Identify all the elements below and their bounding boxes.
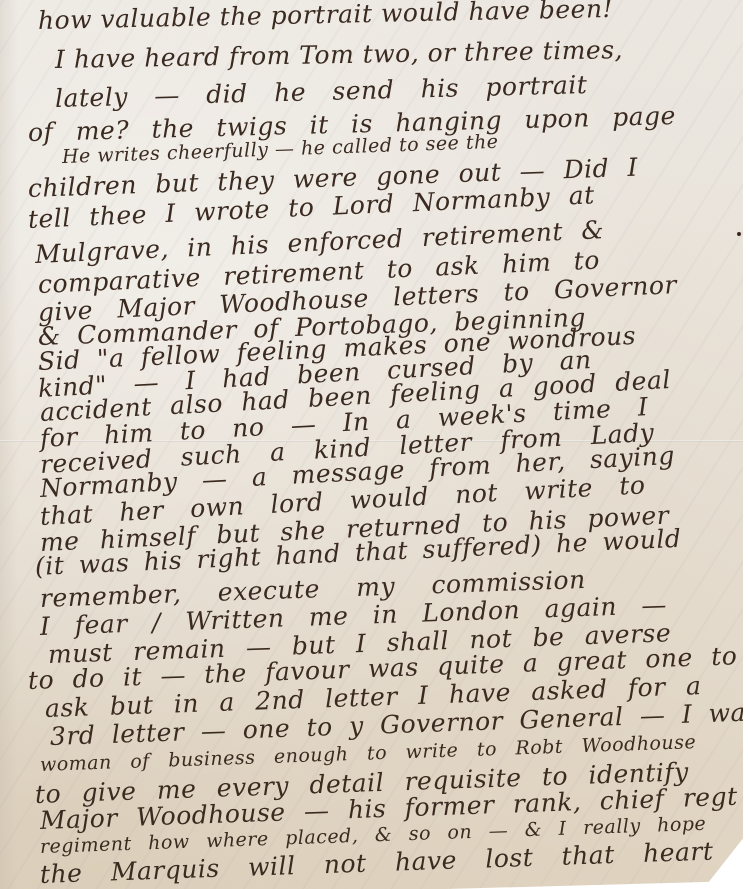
letter-line: I have heard from Tom two, or three time…	[55, 35, 623, 74]
margin-shadow	[0, 0, 18, 889]
letter-line: how valuable the portrait would have bee…	[38, 0, 614, 35]
ink-dot	[737, 232, 741, 236]
letter-page: how valuable the portrait would have bee…	[0, 0, 743, 889]
